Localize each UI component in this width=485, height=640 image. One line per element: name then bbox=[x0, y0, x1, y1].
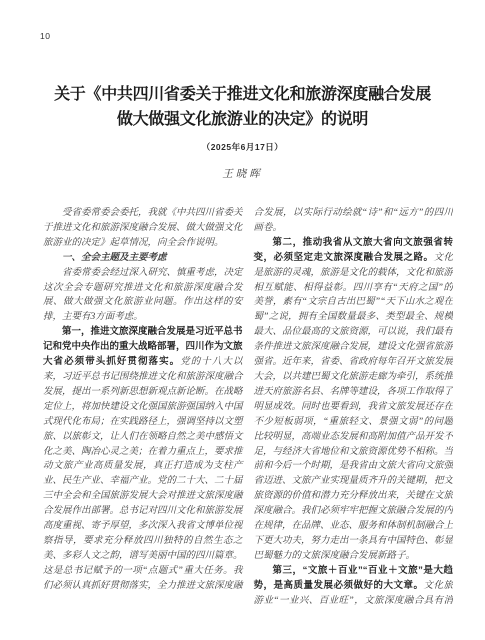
page-number: 10 bbox=[40, 31, 50, 41]
intro-paragraph: 受省委常委会委托，我就《中共四川省委关于推进文化和旅游深度融合发展、做大做强文化… bbox=[43, 206, 243, 251]
document-date: （2025年6月17日） bbox=[0, 141, 485, 153]
document-title: 关于《中共四川省委关于推进文化和旅游深度融合发展 做大做强文化旅游业的决定》的说… bbox=[28, 82, 457, 132]
paragraph-3-lead: 第二，推动我省从文旅大省向文旅强省转变，必须坚定走文旅深度融合发展之路。 bbox=[254, 237, 454, 263]
document-title-line-1: 关于《中共四川省委关于推进文化和旅游深度融合发展 bbox=[28, 82, 457, 107]
paragraph-3: 第二，推动我省从文旅大省向文旅强省转变，必须坚定走文旅深度融合发展之路。文化是旅… bbox=[254, 236, 454, 564]
document-page: 10 关于《中共四川省委关于推进文化和旅游深度融合发展 做大做强文化旅游业的决定… bbox=[0, 0, 485, 640]
document-title-line-2: 做大做强文化旅游业的决定》的说明 bbox=[28, 107, 457, 132]
article-two-column-body: 受省委常委会委托，我就《中共四川省委关于推进文化和旅游深度融合发展、做大做强文化… bbox=[43, 206, 453, 609]
document-author: 王晓晖 bbox=[0, 166, 485, 181]
section-heading-1: 一、全会主题及主要考虑 bbox=[43, 251, 243, 266]
paragraph-3-text: 文化是旅游的灵魂，旅游是文化的载体，文化和旅游相互赋能、相得益彰。四川享有“天府… bbox=[254, 253, 454, 561]
paragraph-1: 省委常委会经过深入研究、慎重考虑，决定这次全会专题研究推进文化和旅游深度融合发展… bbox=[43, 266, 243, 326]
intro-paragraph-text: 受省委常委会委托，我就《中共四川省委关于推进文化和旅游深度融合发展、做大做强文化… bbox=[43, 208, 243, 248]
paragraph-1-text: 省委常委会经过深入研究、慎重考虑，决定这次全会专题研究推进文化和旅游深度融合发展… bbox=[43, 268, 243, 323]
